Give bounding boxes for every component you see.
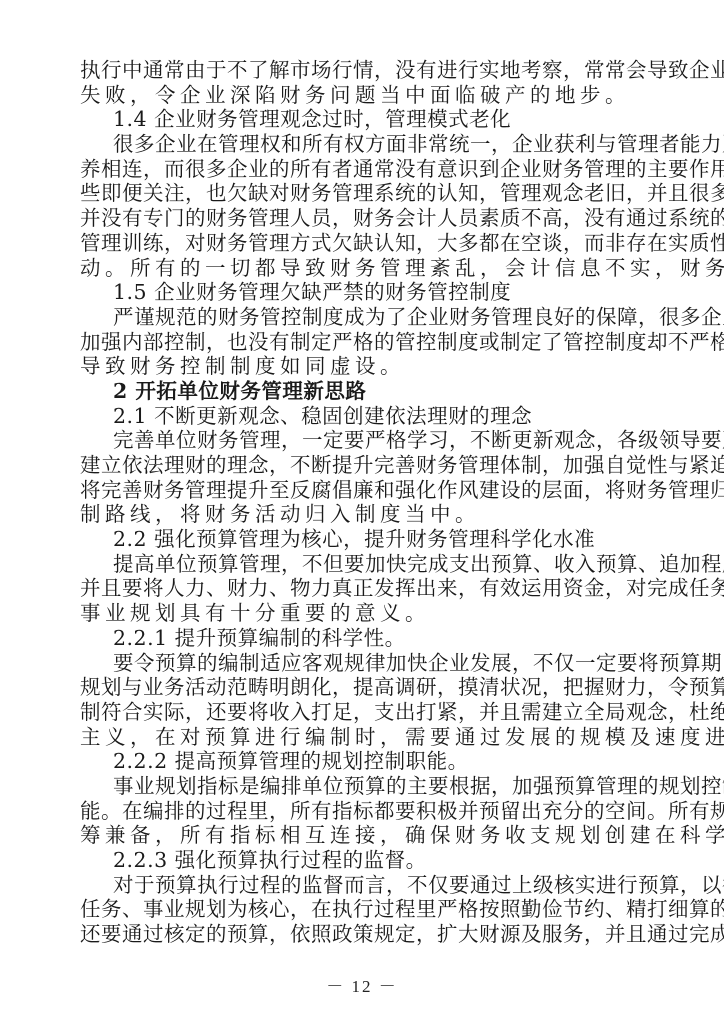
body-line: 规划与业务活动范畴明朗化，提高调研，摸清状况，把握财力，令预算的编: [80, 675, 642, 700]
document-page: 执行中通常由于不了解市场行情，没有进行实地考察，常常会导致企业投资 失败，令企业…: [80, 58, 642, 947]
body-line: 事业规划指标是编排单位预算的主要根据，加强预算管理的规划控制职: [80, 774, 642, 799]
body-line: 主义，在对预算进行编制时，需要通过发展的规模及速度进行编排。: [80, 725, 642, 750]
section-heading-2: 2 开拓单位财务管理新思路: [80, 379, 642, 404]
body-line: 很多企业在管理权和所有权方面非常统一，企业获利与管理者能力及素: [80, 132, 642, 157]
page-number: － 12 －: [0, 972, 724, 997]
section-heading-2-2-3: 2.2.3 强化预算执行过程的监督。: [80, 848, 642, 873]
body-line: 制符合实际，还要将收入打足，支出打紧，并且需建立全局观念，杜绝本位: [80, 700, 642, 725]
body-line: 对于预算执行过程的监督而言，不仅要通过上级核实进行预算，以行政: [80, 873, 642, 898]
section-heading-1-5: 1.5 企业财务管理欠缺严禁的财务管控制度: [80, 280, 642, 305]
body-line: 动。所有的一切都导致财务管理紊乱，会计信息不实，财务监管不利。: [80, 256, 642, 281]
body-line: 还要通过核定的预算，依照政策规定，扩大财源及服务，并且通过完成行政: [80, 922, 642, 947]
body-line: 执行中通常由于不了解市场行情，没有进行实地考察，常常会导致企业投资: [80, 58, 642, 83]
body-line: 并且要将人力、财力、物力真正发挥出来，有效运用资金，对完成任务体现: [80, 576, 642, 601]
section-heading-2-2-2: 2.2.2 提高预算管理的规划控制职能。: [80, 749, 642, 774]
body-line: 筹兼备，所有指标相互连接，确保财务收支规划创建在科学之上。: [80, 823, 642, 848]
body-line: 建立依法理财的理念，不断提升完善财务管理体制，加强自觉性与紧迫感，: [80, 453, 642, 478]
body-line: 事业规划具有十分重要的意义。: [80, 601, 642, 626]
section-heading-2-2: 2.2 强化预算管理为核心，提升财务管理科学化水准: [80, 527, 642, 552]
section-heading-2-2-1: 2.2.1 提升预算编制的科学性。: [80, 626, 642, 651]
body-line: 失败，令企业深陷财务问题当中面临破产的地步。: [80, 83, 642, 108]
section-heading-2-1: 2.1 不断更新观念、稳固创建依法理财的理念: [80, 404, 642, 429]
body-line: 能。在编排的过程里，所有指标都要积极并预留出充分的空间。所有规划统: [80, 799, 642, 824]
section-heading-1-4: 1.4 企业财务管理观念过时，管理模式老化: [80, 107, 642, 132]
body-line: 导致财务控制制度如同虚设。: [80, 354, 642, 379]
body-line: 任务、事业规划为核心，在执行过程里严格按照勤俭节约、精打细算的方式，: [80, 897, 642, 922]
body-line: 完善单位财务管理，一定要严格学习，不断更新观念，各级领导要严格: [80, 428, 642, 453]
body-line: 要令预算的编制适应客观规律加快企业发展，不仅一定要将预算期内的: [80, 651, 642, 676]
body-line: 将完善财务管理提升至反腐倡廉和强化作风建设的层面，将财务管理归入法: [80, 478, 642, 503]
body-line: 些即便关注，也欠缺对财务管理系统的认知，管理观念老旧，并且很多企业: [80, 181, 642, 206]
body-line: 养相连，而很多企业的所有者通常没有意识到企业财务管理的主要作用，有: [80, 157, 642, 182]
body-line: 管理训练，对财务管理方式欠缺认知，大多都在空谈，而非存在实质性的举: [80, 231, 642, 256]
body-line: 提高单位预算管理，不但要加快完成支出预算、收入预算、追加程序，: [80, 552, 642, 577]
body-line: 制路线，将财务活动归入制度当中。: [80, 502, 642, 527]
body-line: 加强内部控制，也没有制定严格的管控制度或制定了管控制度却不严格执行，: [80, 330, 642, 355]
body-line: 严谨规范的财务管控制度成为了企业财务管理良好的保障，很多企业不: [80, 305, 642, 330]
body-line: 并没有专门的财务管理人员，财务会计人员素质不高，没有通过系统的财务: [80, 206, 642, 231]
